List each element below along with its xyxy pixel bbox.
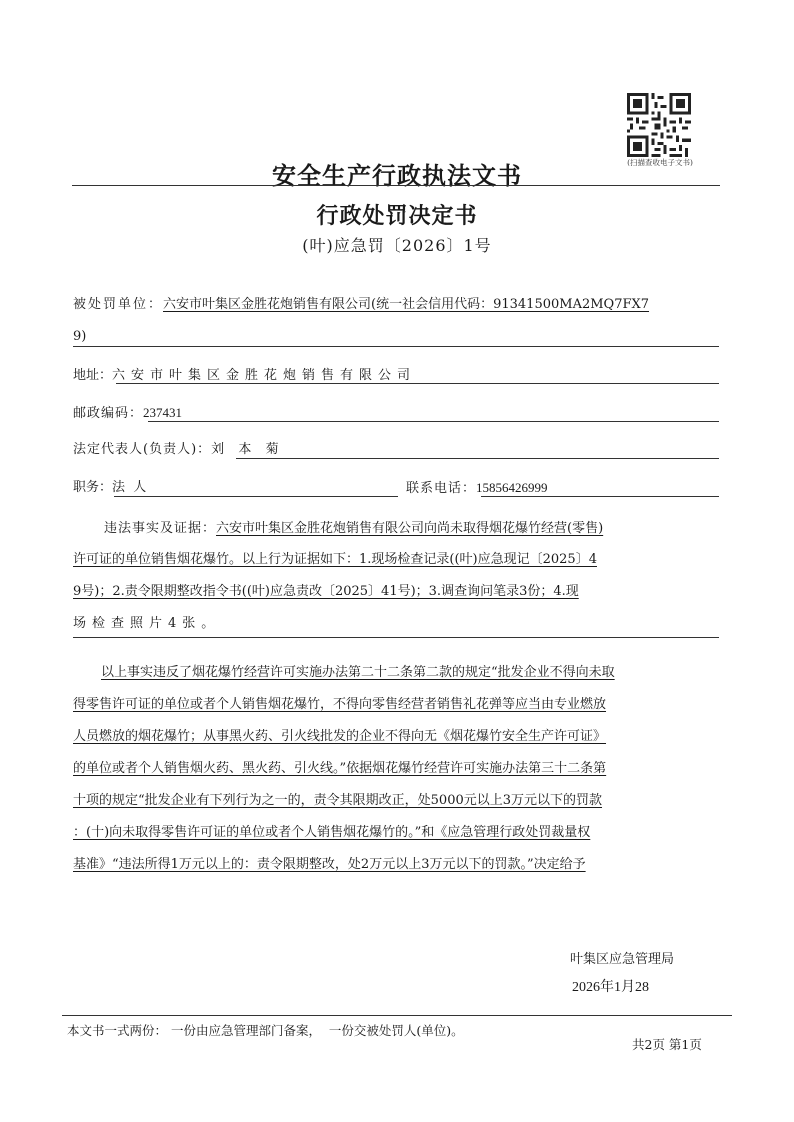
- basis-line-2: 得零售许可证的单位或者个人销售烟花爆竹，不得向零售经营者销售礼花弹等应当由专业燃…: [73, 696, 719, 714]
- copies-note: 本文书一式两份： 一份由应急管理部门备案， 一份交被处罚人(单位)。: [67, 1021, 464, 1039]
- phone-value: 15856426999: [476, 480, 548, 495]
- address-value: 六安市叶集区金胜花炮销售有限公司: [112, 368, 416, 383]
- document-title: 行政处罚决定书: [0, 199, 794, 230]
- legal-representative-row: 法定代表人(负责人)：刘 本 菊: [73, 441, 719, 459]
- qr-code-icon: [627, 93, 691, 157]
- underline: [481, 496, 719, 497]
- basis-line-5: 十项的规定“批发企业有下列行为之一的，责令其限期改正，处5000元以上3万元以下…: [73, 792, 719, 810]
- basis-line-7: 基准》“违法所得1万元以上的：责令限期整改，处2万元以上3万元以下的罚款。”决定…: [73, 856, 719, 874]
- penalized-unit-row-cont: 9): [73, 328, 719, 346]
- penalized-unit-row: 被处罚单位：六安市叶集区金胜花炮销售有限公司(统一社会信用代码：91341500…: [73, 296, 719, 314]
- document-number: (叶)应急罚〔2026〕1号: [0, 233, 794, 256]
- page-count: 共2页 第1页: [632, 1035, 702, 1053]
- underline: [148, 421, 719, 422]
- basis-line-3: 人员燃放的烟花爆竹；从事黑火药、引火线批发的企业不得向无《烟花爆竹安全生产许可证…: [73, 728, 719, 746]
- issue-date: 2026年1月28: [572, 976, 649, 996]
- penalized-unit-value: 六安市叶集区金胜花炮销售有限公司(统一社会信用代码：91341500MA2MQ7…: [163, 297, 649, 312]
- position-value: 法 人: [112, 480, 146, 495]
- underline: [116, 383, 719, 384]
- issuing-agency: 叶集区应急管理局: [570, 948, 674, 967]
- basis-line-4: 的单位或者个人销售烟火药、黑火药、引火线。”依据烟花爆竹经营许可实施办法第三十二…: [73, 760, 719, 778]
- facts-line-4: 场检查照片4张。: [73, 615, 719, 633]
- penalized-unit-value-cont: 9): [73, 329, 86, 344]
- legal-representative-label: 法定代表人(负责人)：: [73, 442, 211, 457]
- postal-code-label: 邮政编码：: [73, 406, 143, 421]
- facts-line-2: 许可证的单位销售烟花爆竹。以上行为证据如下：1.现场检查记录((叶)应急现记〔2…: [73, 551, 719, 569]
- phone-label: 联系电话：: [406, 481, 476, 496]
- legal-representative-value: 刘 本 菊: [211, 442, 281, 457]
- facts-label: 违法事实及证据：: [104, 521, 216, 536]
- header-divider: [72, 185, 720, 186]
- basis-line-6: ：(十)向未取得零售许可证的单位或者个人销售烟花爆竹的。”和《应急管理行政处罚裁…: [73, 824, 719, 842]
- facts-line-1: 违法事实及证据：六安市叶集区金胜花炮销售有限公司向尚未取得烟花爆竹经营(零售): [104, 520, 719, 538]
- basis-line-1: 以上事实违反了烟花爆竹经营许可实施办法第二十二条第二款的规定“批发企业不得向未取: [101, 664, 719, 682]
- facts-line-3: 9号)；2.责令限期整改指令书((叶)应急责改〔2025〕41号)；3.调查询问…: [73, 583, 719, 601]
- underline: [73, 637, 719, 638]
- qr-code[interactable]: [627, 93, 691, 157]
- penalized-unit-label: 被处罚单位：: [73, 297, 163, 312]
- address-label: 地址：: [73, 368, 112, 383]
- underline: [114, 496, 398, 497]
- position-phone-row: 职务：法 人: [73, 479, 719, 497]
- underline: [73, 346, 719, 347]
- position-label: 职务：: [73, 480, 112, 495]
- underline: [236, 458, 719, 459]
- footer-divider: [62, 1015, 732, 1016]
- postal-code-value: 237431: [143, 405, 182, 420]
